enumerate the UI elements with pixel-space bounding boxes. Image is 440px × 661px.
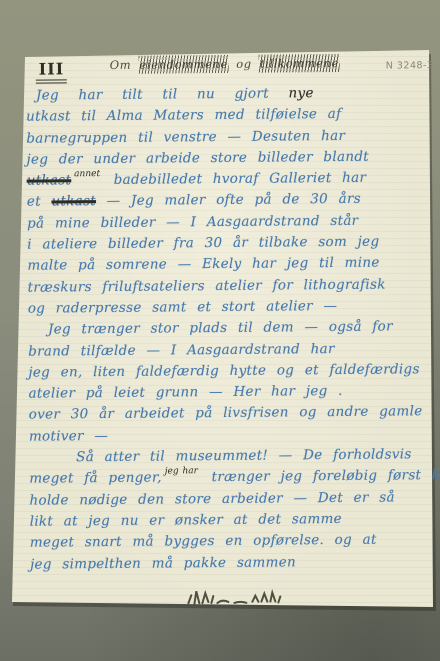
- handwriting-line: jeg simpelthen må pakke sammen: [2, 553, 440, 578]
- line-text: badebilledet hvoraf Galleriet har: [103, 170, 366, 188]
- scanned-letter-page: III Om eiendommene og tillkommene N 3248…: [0, 0, 440, 661]
- header-word: Om: [110, 58, 132, 72]
- letter-content: III Om eiendommene og tillkommene N 3248…: [0, 0, 440, 661]
- header-word: og: [236, 57, 252, 71]
- struck-word: utkast: [27, 172, 72, 188]
- line-text: et: [27, 194, 52, 210]
- line-text: Jeg har tilt til nu gjort: [36, 85, 289, 103]
- page-section-numeral: III: [36, 59, 68, 83]
- inserted-word: jeg har: [165, 467, 198, 477]
- line-text: trænger jeg foreløbig først kunne: [201, 467, 440, 485]
- inserted-word: annet: [74, 169, 100, 179]
- line-text: meget få penger,: [29, 470, 162, 487]
- header-annotation: Om eiendommene og tillkommene: [110, 56, 339, 72]
- struck-word: utkast: [51, 194, 96, 210]
- line-text-dark: nye: [288, 85, 313, 101]
- header-word-scribbled: tillkommene: [260, 56, 339, 71]
- cut-off-signature-scribble: [184, 586, 304, 607]
- header-word-scribbled: eiendommene: [139, 57, 228, 72]
- handwriting-block: Jeg har tilt til nu gjort nye utkast til…: [0, 84, 440, 578]
- catalog-number: N 3248-3: [386, 60, 434, 71]
- line-text: — Jeg maler ofte på de 30 års: [96, 191, 361, 209]
